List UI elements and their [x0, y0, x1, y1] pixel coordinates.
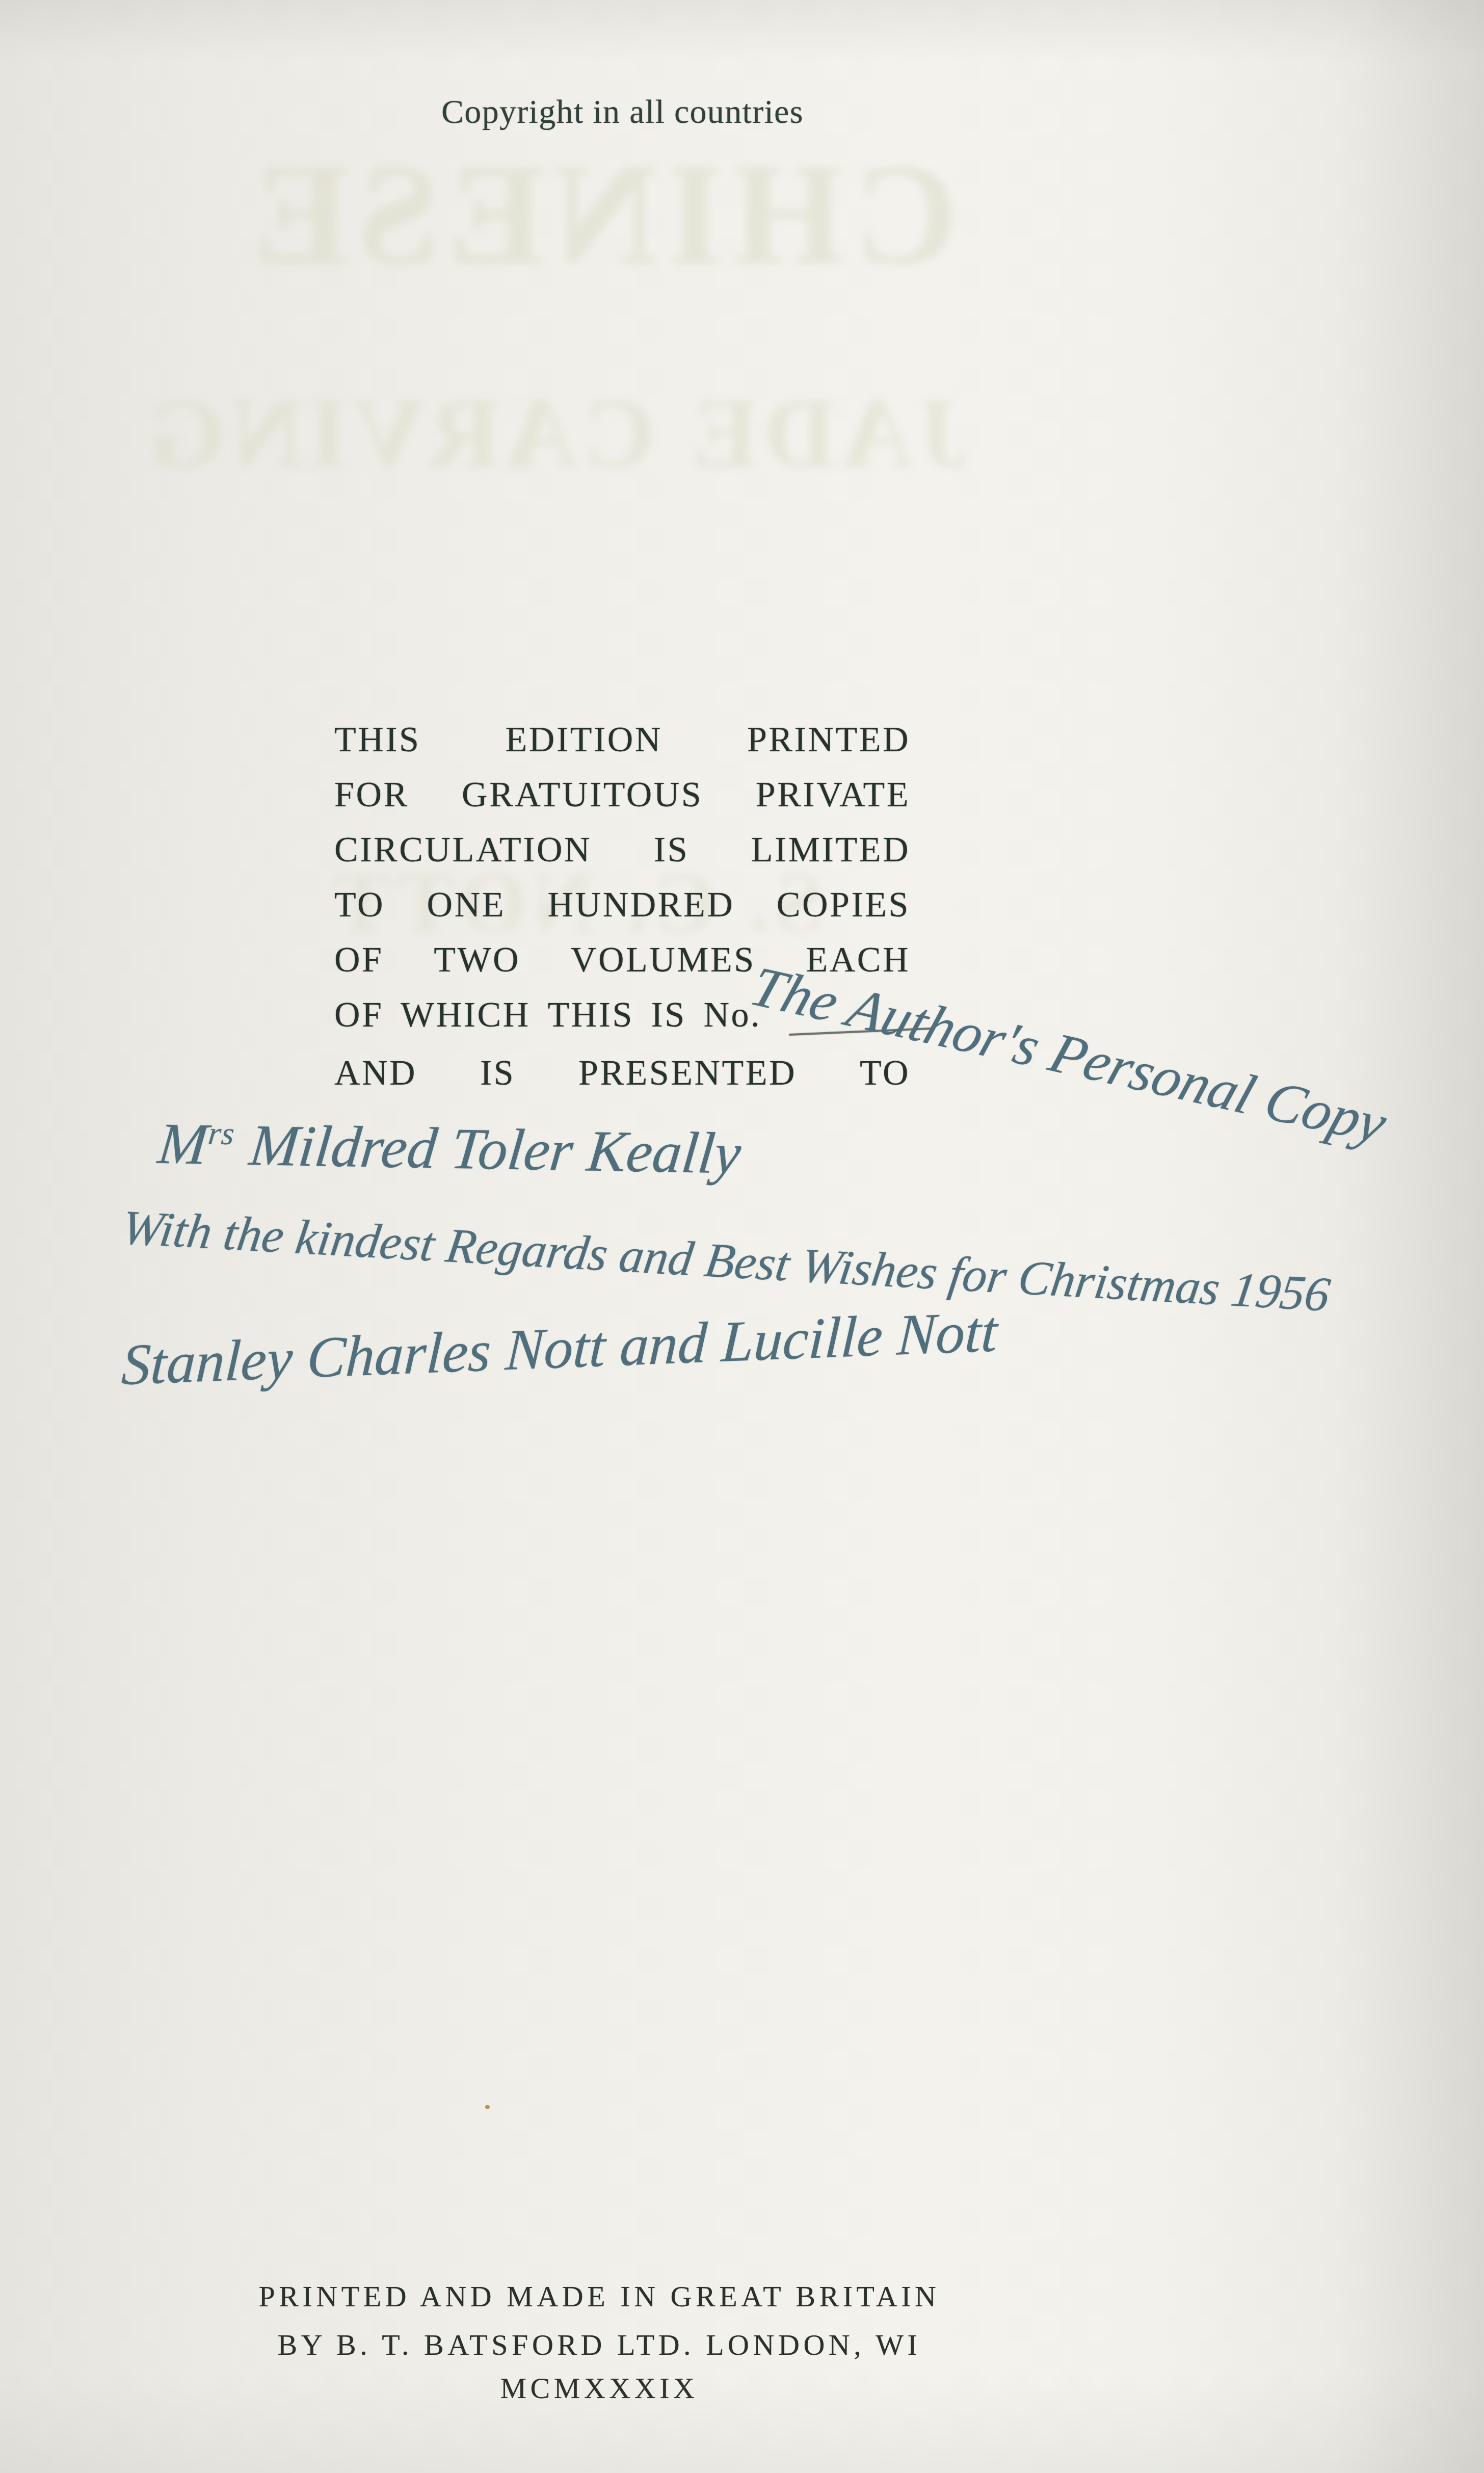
copyright-notice: Copyright in all countries [441, 93, 864, 131]
limitation-line: THISEDITIONPRINTED [334, 720, 910, 767]
handwritten-greeting-line: With the kindest Regards and Best Wishes… [118, 1199, 1334, 1323]
limitation-line: ANDISPRESENTEDTO [334, 1053, 910, 1100]
handwritten-recipient-line: MrsMildred Toler Keally [155, 1110, 744, 1188]
imprint-date-roman-numerals: MCMXXXIX [240, 2371, 959, 2405]
book-page-photo: CHINESE JADE CARVING S. C. NOTT Copyrigh… [0, 0, 1484, 2473]
limitation-line-number: OFWHICHTHISISNo. [334, 995, 761, 1042]
recipient-name: Mildred Toler Keally [247, 1113, 744, 1186]
handwritten-signature-line: Stanley Charles Nott and Lucille Nott [120, 1298, 999, 1399]
imprint-line: PRINTED AND MADE IN GREAT BRITAIN [240, 2279, 959, 2313]
recipient-prefix-superscript: rs [207, 1115, 237, 1151]
recipient-prefix: M [155, 1111, 210, 1176]
paper-speck [485, 2105, 490, 2109]
ghost-showthrough-title-line1: CHINESE [153, 130, 1050, 298]
limitation-line: TOONEHUNDREDCOPIES [334, 885, 910, 932]
imprint-line: BY B. T. BATSFORD LTD. LONDON, WI [240, 2328, 959, 2362]
limitation-line: FORGRATUITOUSPRIVATE [334, 775, 910, 822]
ghost-showthrough-title-line2: JADE CARVING [117, 344, 994, 522]
limitation-line: CIRCULATIONISLIMITED [334, 830, 910, 877]
